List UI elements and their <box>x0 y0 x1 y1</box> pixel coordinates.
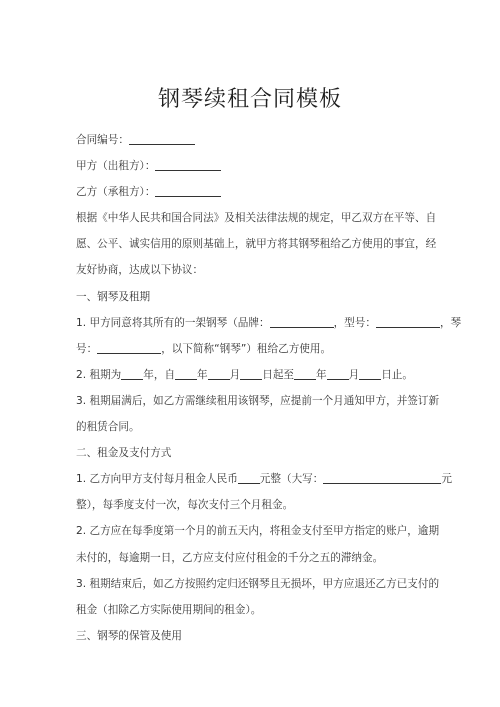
blank-underline <box>238 471 260 484</box>
field-label: 甲方（出租方）： <box>76 160 155 172</box>
clause-line: 租金（扣除乙方实际使用期间的租金）。 <box>76 597 416 623</box>
clause-text: 年，自 <box>143 369 175 381</box>
clause-text: 日起至 <box>262 369 294 381</box>
clause-text: ，型号： <box>334 317 376 329</box>
document-body: 合同编号： 甲方（出租方）： 乙方（承租方）： 根据《中华人民共和国合同法》及相… <box>76 127 416 649</box>
preamble-line: 愿、公平、诚实信用的原则基础上，就甲方将其钢琴租给乙方使用的事宜，经 <box>76 231 416 257</box>
clause-text: 日止。 <box>381 369 413 381</box>
clause-text: 年 <box>197 369 208 381</box>
party-b-field: 乙方（承租方）： <box>76 179 416 205</box>
clause-text: 元整（大写： <box>260 473 324 485</box>
blank-underline <box>155 184 221 197</box>
blank-underline <box>376 315 440 328</box>
blank-underline <box>327 367 349 380</box>
blank-underline <box>97 341 161 354</box>
clause-text: 月 <box>230 369 241 381</box>
section-heading: 一、钢琴及租期 <box>76 284 416 310</box>
clause-line: 2. 乙方应在每季度第一个月的前五天内，将租金支付至甲方指定的账户，逾期 <box>76 518 416 544</box>
field-label: 乙方（承租方）： <box>76 186 155 198</box>
clause-line: 号：，以下简称“钢琴”）租给乙方使用。 <box>76 336 416 362</box>
preamble-line: 根据《中华人民共和国合同法》及相关法律法规的规定，甲乙双方在平等、自 <box>76 205 416 231</box>
field-label: 合同编号： <box>76 134 129 146</box>
section-heading: 二、租金及支付方式 <box>76 440 416 466</box>
section-heading: 三、钢琴的保管及使用 <box>76 623 416 649</box>
clause-text: 月 <box>349 369 360 381</box>
clause-line: 3. 租期届满后，如乙方需继续租用该钢琴，应提前一个月通知甲方，并签订新 <box>76 388 416 414</box>
blank-underline <box>270 315 334 328</box>
blank-underline <box>129 132 195 145</box>
clause-text: 1. 甲方同意将其所有的一架钢琴（品牌： <box>76 317 270 329</box>
clause-line: 整），每季度支付一次，每次支付三个月租金。 <box>76 492 416 518</box>
blank-underline <box>323 471 441 484</box>
party-a-field: 甲方（出租方）： <box>76 153 416 179</box>
clause-line: 的租赁合同。 <box>76 414 416 440</box>
clause-text: 年 <box>316 369 327 381</box>
clause-line: 1. 甲方同意将其所有的一架钢琴（品牌：，型号：，琴 <box>76 310 416 336</box>
blank-underline <box>294 367 316 380</box>
blank-underline <box>121 367 143 380</box>
clause-line: 2. 租期为年，自年月日起至年月日止。 <box>76 362 416 388</box>
clause-text: ，琴 <box>440 317 461 329</box>
clause-line: 1. 乙方向甲方支付每月租金人民币元整（大写：元 <box>76 466 416 492</box>
clause-text: 2. 租期为 <box>76 369 121 381</box>
blank-underline <box>359 367 381 380</box>
blank-underline <box>240 367 262 380</box>
clause-text: ，以下简称“钢琴”）租给乙方使用。 <box>161 343 331 355</box>
contract-number-field: 合同编号： <box>76 127 416 153</box>
blank-underline <box>175 367 197 380</box>
document-title: 钢琴续租合同模板 <box>0 82 500 113</box>
clause-text: 号： <box>76 343 97 355</box>
clause-line: 3. 租期结束后，如乙方按照约定归还钢琴且无损坏，甲方应退还乙方已支付的 <box>76 571 416 597</box>
document-page: 钢琴续租合同模板 合同编号： 甲方（出租方）： 乙方（承租方）： 根据《中华人民… <box>0 0 500 707</box>
blank-underline <box>208 367 230 380</box>
preamble-line: 友好协商，达成以下协议： <box>76 257 416 283</box>
clause-text: 元 <box>441 473 452 485</box>
clause-text: 1. 乙方向甲方支付每月租金人民币 <box>76 473 238 485</box>
clause-line: 未付的，每逾期一日，乙方应支付应付租金的千分之五的滞纳金。 <box>76 545 416 571</box>
blank-underline <box>155 158 221 171</box>
